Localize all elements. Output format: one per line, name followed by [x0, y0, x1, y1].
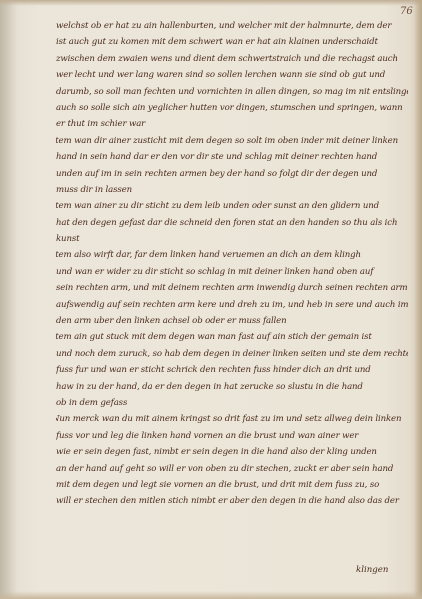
gutter-shadow	[0, 0, 18, 599]
text-line: den arm uber den linken achsel ob oder e…	[56, 313, 408, 329]
page-right-edge	[414, 0, 422, 599]
manuscript-page: 76 welchst ob er hat zu ain hallenburten…	[0, 0, 422, 599]
text-line: wer lecht und wer lang waren sind so sol…	[56, 67, 408, 83]
text-line: er thut im schier war	[56, 116, 408, 132]
text-line: haw in zu der hand, da er den degen in h…	[56, 379, 408, 395]
text-line: Item also wirft dar, far dem linken hand…	[56, 247, 408, 263]
text-line: mit dem degen und legt sie vornen an die…	[56, 477, 408, 493]
text-line: welchst ob er hat zu ain hallenburten, u…	[56, 18, 408, 34]
text-line: und noch dem zuruck, so hab dem degen in…	[56, 346, 408, 362]
manuscript-text: welchst ob er hat zu ain hallenburten, u…	[56, 18, 408, 510]
text-line: fuss fur und wan er sticht schrick den r…	[56, 362, 408, 378]
text-line: Item wan dir ainer zusticht mit dem dege…	[56, 133, 408, 149]
text-line: Item wan ainer zu dir sticht zu dem leib…	[56, 198, 408, 214]
text-line: und wan er wider zu dir sticht so schlag…	[56, 264, 408, 280]
text-line: Item ain gut stuck mit dem degen wan man…	[56, 329, 408, 345]
text-line: muss dir in lassen	[56, 182, 408, 198]
text-line: unden auf im in sein rechten armen bey d…	[56, 166, 408, 182]
text-line: hat den degen gefast dar die schneid den…	[56, 215, 408, 231]
text-line: sein rechten arm, und mit deinem rechten…	[56, 280, 408, 296]
text-line: darumb, so soll man fechten und vornicht…	[56, 84, 408, 100]
text-line: wie er sein degen fast, nimbt er sein de…	[56, 444, 408, 460]
text-line: will er stechen den mitlen stich nimbt e…	[56, 493, 408, 509]
text-line: zwischen dem zwaien wens und dient dem s…	[56, 51, 408, 67]
page-top-edge	[0, 0, 422, 6]
text-line: aufswendig auf sein rechten arm kere und…	[56, 297, 408, 313]
text-line: Nun merck wan du mit ainem kringst so dr…	[56, 411, 408, 427]
page-bottom-edge	[0, 591, 422, 599]
catchword: klingen	[356, 565, 388, 575]
text-line: fuss vor und leg die linken hand vornen …	[56, 428, 408, 444]
text-line: kunst	[56, 231, 408, 247]
text-line: hand in sein hand dar er den vor dir ste…	[56, 149, 408, 165]
text-line: ob in dem gefass	[56, 395, 408, 411]
text-line: ist auch gut zu komen mit dem schwert wa…	[56, 34, 408, 50]
folio-number: 76	[400, 6, 413, 17]
text-line: auch so solle sich ain yeglicher hutten …	[56, 100, 408, 116]
text-line: an der hand auf geht so will er von oben…	[56, 461, 408, 477]
